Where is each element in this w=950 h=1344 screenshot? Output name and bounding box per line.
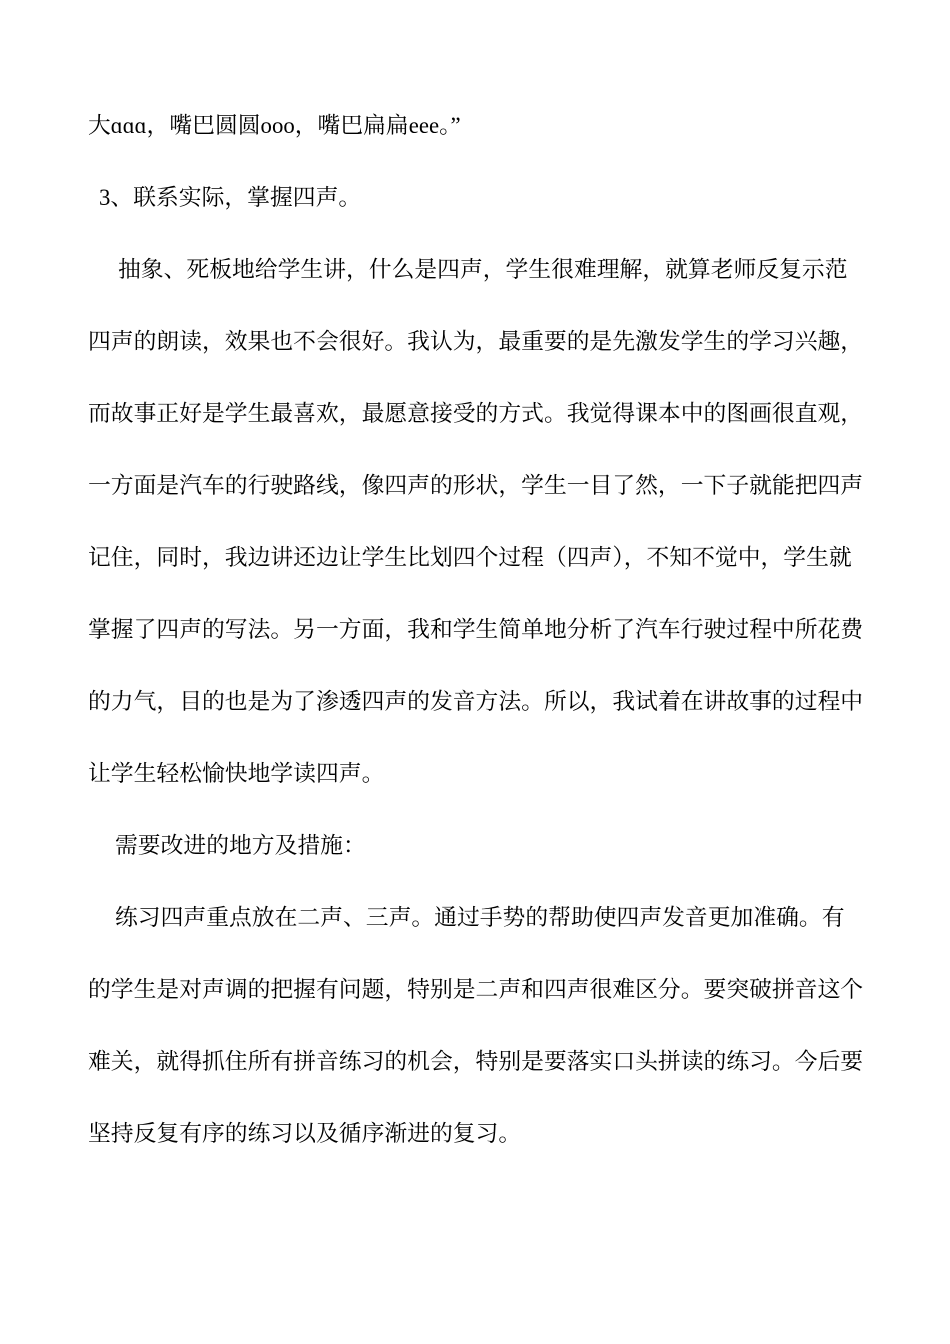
text-line: 需要改进的地方及措施： bbox=[88, 810, 866, 882]
text-line: 难关，就得抓住所有拼音练习的机会，特别是要落实口头拼读的练习。今后要 bbox=[88, 1026, 866, 1098]
text-line: 四声的朗读，效果也不会很好。我认为，最重要的是先激发学生的学习兴趣， bbox=[88, 306, 866, 378]
text-line: 抽象、死板地给学生讲，什么是四声，学生很难理解，就算老师反复示范 bbox=[88, 234, 866, 306]
text-line: 的学生是对声调的把握有问题，特别是二声和四声很难区分。要突破拼音这个 bbox=[88, 954, 866, 1026]
text-line: 坚持反复有序的练习以及循序渐进的复习。 bbox=[88, 1098, 866, 1170]
text-line: 大ɑɑɑ，嘴巴圆圆ooo，嘴巴扁扁eee。” bbox=[88, 90, 866, 162]
text-line: 让学生轻松愉快地学读四声。 bbox=[88, 738, 866, 810]
document-text-block: 大ɑɑɑ，嘴巴圆圆ooo，嘴巴扁扁eee。”3、联系实际，掌握四声。抽象、死板地… bbox=[88, 90, 866, 1170]
document-page: 大ɑɑɑ，嘴巴圆圆ooo，嘴巴扁扁eee。”3、联系实际，掌握四声。抽象、死板地… bbox=[0, 0, 950, 1344]
text-line: 而故事正好是学生最喜欢，最愿意接受的方式。我觉得课本中的图画很直观， bbox=[88, 378, 866, 450]
text-line: 掌握了四声的写法。另一方面，我和学生简单地分析了汽车行驶过程中所花费 bbox=[88, 594, 866, 666]
text-line: 一方面是汽车的行驶路线，像四声的形状，学生一目了然，一下子就能把四声 bbox=[88, 450, 866, 522]
text-line: 的力气，目的也是为了渗透四声的发音方法。所以，我试着在讲故事的过程中 bbox=[88, 666, 866, 738]
text-line: 记住，同时，我边讲还边让学生比划四个过程（四声），不知不觉中，学生就 bbox=[88, 522, 866, 594]
text-line: 练习四声重点放在二声、三声。通过手势的帮助使四声发音更加准确。有 bbox=[88, 882, 866, 954]
text-line: 3、联系实际，掌握四声。 bbox=[88, 162, 866, 234]
